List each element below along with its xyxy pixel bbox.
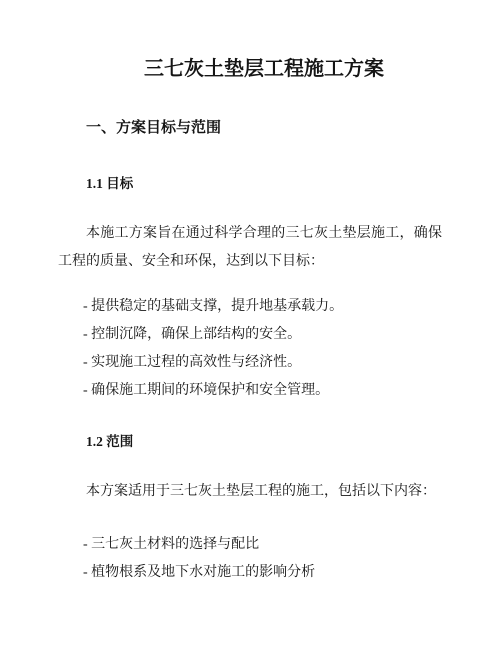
subsection-1-1-heading: 1.1 目标	[58, 175, 442, 193]
list-item: - 控制沉降，确保上部结构的安全。	[58, 321, 442, 349]
section-heading: 一、方案目标与范围	[58, 118, 442, 138]
list-item: - 三七灰土材料的选择与配比	[58, 531, 442, 559]
list-item: - 确保施工期间的环境保护和安全管理。	[58, 377, 442, 405]
subsection-1-1-intro-paragraph: 本施工方案旨在通过科学合理的三七灰土垫层施工，确保工程的质量、安全和环保，达到以…	[58, 220, 442, 276]
list-item: - 实现施工过程的高效性与经济性。	[58, 349, 442, 377]
scope-list: - 三七灰土材料的选择与配比 - 植物根系及地下水对施工的影响分析	[58, 531, 442, 587]
goals-list: - 提供稳定的基础支撑，提升地基承载力。 - 控制沉降，确保上部结构的安全。 -…	[58, 293, 442, 405]
subsection-1-2-intro-paragraph: 本方案适用于三七灰土垫层工程的施工，包括以下内容：	[58, 478, 442, 506]
list-item: - 提供稳定的基础支撑，提升地基承载力。	[58, 293, 442, 321]
document-page: 三七灰土垫层工程施工方案 一、方案目标与范围 1.1 目标 本施工方案旨在通过科…	[0, 0, 500, 647]
list-item: - 植物根系及地下水对施工的影响分析	[58, 559, 442, 587]
subsection-1-2-heading: 1.2 范围	[58, 433, 442, 451]
document-content: 三七灰土垫层工程施工方案 一、方案目标与范围 1.1 目标 本施工方案旨在通过科…	[0, 56, 500, 587]
document-title: 三七灰土垫层工程施工方案	[58, 56, 442, 82]
